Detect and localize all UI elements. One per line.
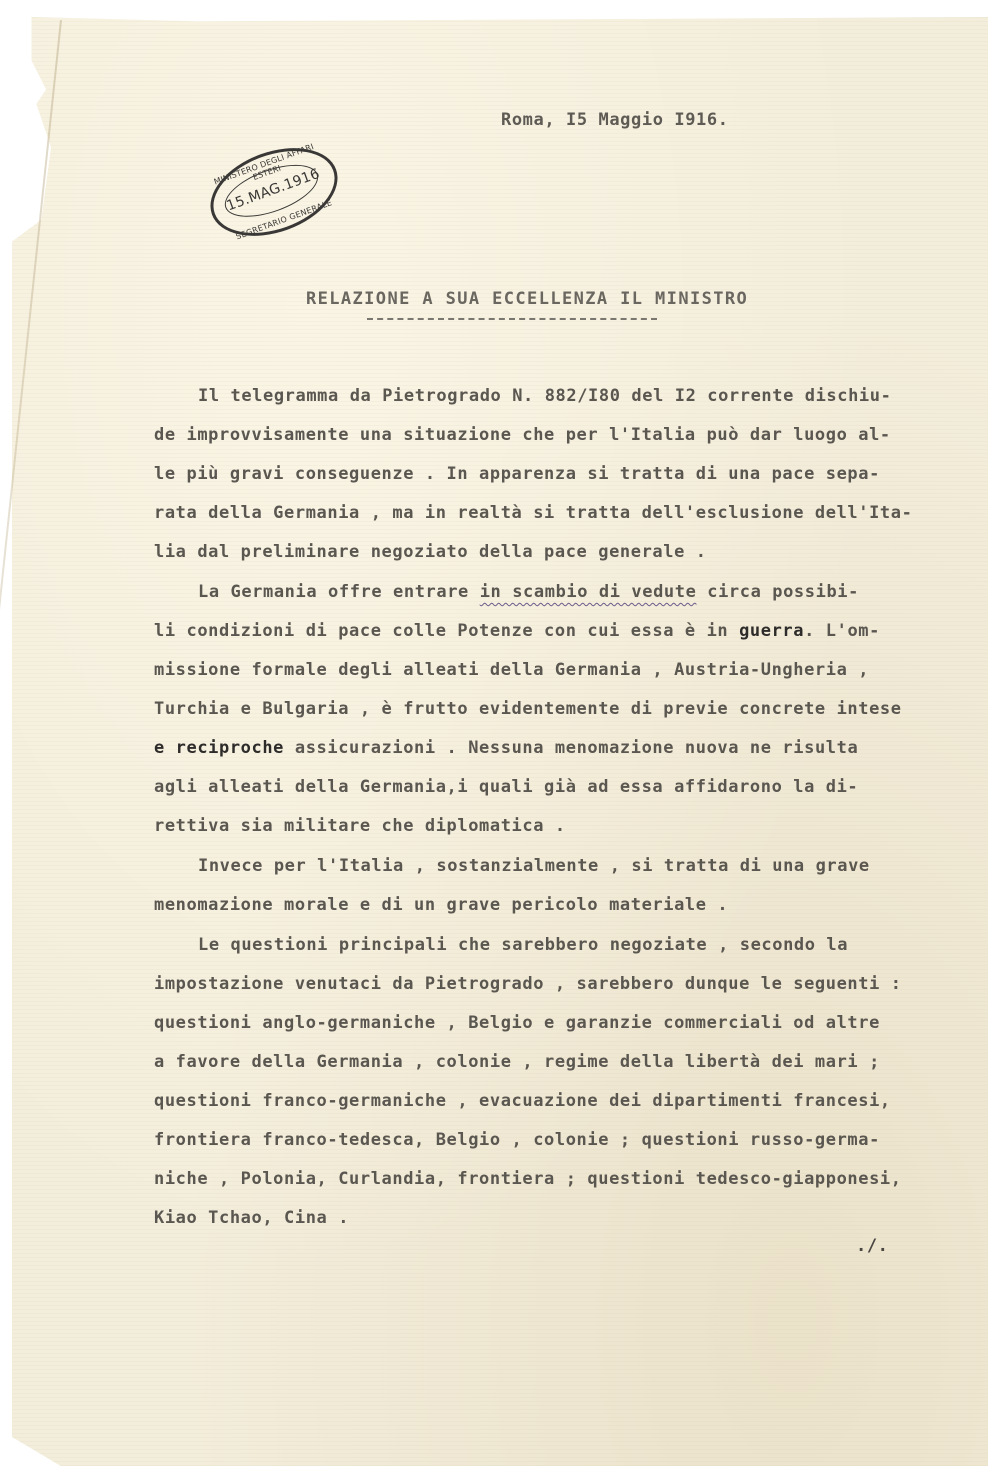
body-line: niche , Polonia, Curlandia, frontiera ; …: [154, 1169, 902, 1189]
title-underline-rule: [367, 318, 657, 320]
body-line: La Germania offre entrare in scambio di …: [198, 582, 859, 602]
body-line: missione formale degli alleati della Ger…: [154, 660, 869, 680]
body-line: le più gravi conseguenze . In apparenza …: [154, 464, 880, 484]
body-line: Turchia e Bulgaria , è frutto evidenteme…: [154, 699, 902, 719]
body-line: Le questioni principali che sarebbero ne…: [198, 935, 848, 955]
body-text: li condizioni di pace colle Potenze con …: [154, 621, 739, 641]
dark-typed-word: guerra: [739, 621, 804, 641]
continuation-mark: ./.: [856, 1236, 889, 1256]
body-line: rata della Germania , ma in realtà si tr…: [154, 503, 912, 523]
body-line: menomazione morale e di un grave pericol…: [154, 895, 728, 915]
body-line: li condizioni di pace colle Potenze con …: [154, 621, 880, 641]
body-line: rettiva sia militare che diplomatica .: [154, 816, 566, 836]
body-text: assicurazioni . Nessuna menomazione nuov…: [284, 738, 858, 758]
body-line: agli alleati della Germania,i quali già …: [154, 777, 858, 797]
body-line: a favore della Germania , colonie , regi…: [154, 1052, 880, 1072]
body-line: Invece per l'Italia , sostanzialmente , …: [198, 856, 870, 876]
body-line: de improvvisamente una situazione che pe…: [154, 425, 891, 445]
body-line: frontiera franco-tedesca, Belgio , colon…: [154, 1130, 880, 1150]
dark-typed-word: e reciproche: [154, 738, 284, 758]
body-text: circa possibi-: [696, 582, 859, 602]
body-text: . L'om-: [804, 621, 880, 641]
place-date: Roma, I5 Maggio I916.: [501, 110, 729, 130]
body-line: impostazione venutaci da Pietrogrado , s…: [154, 974, 902, 994]
body-line: e reciproche assicurazioni . Nessuna men…: [154, 738, 858, 758]
body-line: lia dal preliminare negoziato della pace…: [154, 542, 707, 562]
body-line: Kiao Tchao, Cina .: [154, 1208, 349, 1228]
underlined-phrase: in scambio di vedute: [480, 582, 697, 602]
body-line: questioni franco-germaniche , evacuazion…: [154, 1091, 891, 1111]
document-title: RELAZIONE A SUA ECCELLENZA IL MINISTRO: [306, 289, 748, 309]
body-text: La Germania offre entrare: [198, 582, 480, 602]
body-line: Il telegramma da Pietrogrado N. 882/I80 …: [198, 386, 891, 406]
body-line: questioni anglo-germaniche , Belgio e ga…: [154, 1013, 880, 1033]
